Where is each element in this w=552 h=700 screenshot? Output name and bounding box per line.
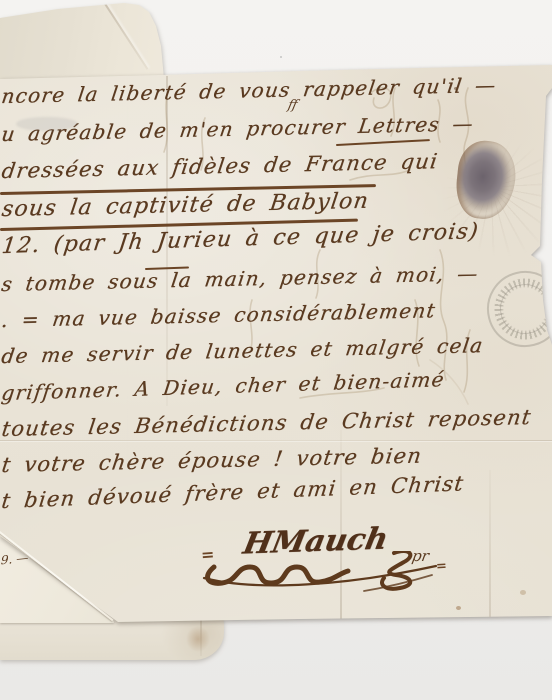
handwriting-line: sous la captivité de Babylon xyxy=(0,189,371,224)
fold-crease-vertical-right xyxy=(489,470,491,620)
postal-stamp-ring-text xyxy=(484,268,552,350)
wax-seal-stain xyxy=(453,138,519,222)
signature-dash-left: = xyxy=(200,547,214,564)
handwriting-line: ncore la liberté de vous rappeler qu'il … xyxy=(0,73,498,108)
margin-note: 9. — xyxy=(1,552,29,567)
underlying-sheet-bottom-left xyxy=(0,598,224,660)
paper-sheet-behind-corner xyxy=(0,6,46,80)
signature-dash-right: = xyxy=(436,560,448,574)
paper-edge-highlight xyxy=(0,531,113,621)
handwriting-line: 12. (par Jh Jurieu à ce que je crois) xyxy=(0,219,480,260)
interline-insertion: ff xyxy=(287,99,299,112)
grey-smudge xyxy=(16,117,78,131)
ink-speck xyxy=(454,87,458,90)
handwriting-line: t votre chère épouse ! votre bien xyxy=(0,444,424,479)
handwriting-line: s tombe sous la main, pensez à moi, — xyxy=(0,261,480,296)
handwriting-line: u agréable de m'en procurer Lettres — xyxy=(0,111,475,146)
ink-underline-line3 xyxy=(0,184,376,194)
signature-name: HMauch xyxy=(241,525,391,560)
signature-suffix: pr xyxy=(411,549,430,564)
handwriting-line: dressées aux fidèles de France qui xyxy=(0,149,440,184)
bottom-sheet-crease xyxy=(200,602,202,656)
signature-flourish-paraph xyxy=(198,551,448,599)
fold-crease-horizontal xyxy=(0,440,552,441)
bottom-sheet-smudge xyxy=(186,626,210,652)
fold-crease-vertical-left xyxy=(166,76,168,406)
handwriting-line: . = ma vue baisse considérablement xyxy=(0,298,437,332)
folded-paper-corner xyxy=(0,0,166,79)
ink-underline-lettres xyxy=(336,139,430,146)
scanned-letter-photograph: 9. — xyxy=(0,0,552,700)
seal-wrinkle-halo xyxy=(424,124,552,274)
paper-speck xyxy=(456,606,461,610)
dust-speck xyxy=(280,56,282,58)
handwriting-line: t bien dévoué frère et ami en Christ xyxy=(0,471,466,514)
handwriting-line: de me servir de lunettes et malgré cela xyxy=(0,333,485,368)
ink-underline-line4 xyxy=(0,219,358,231)
corner-fold-crease xyxy=(102,0,148,70)
postal-stamp xyxy=(479,263,552,355)
ink-underline-jh xyxy=(145,266,189,270)
fold-crease-vertical-middle xyxy=(340,430,342,620)
handwriting-line: griffonner. A Dieu, cher et bien-aimé xyxy=(0,367,446,405)
paper-speck xyxy=(520,590,526,595)
handwriting-line: toutes les Bénédictions de Christ repose… xyxy=(0,405,533,442)
